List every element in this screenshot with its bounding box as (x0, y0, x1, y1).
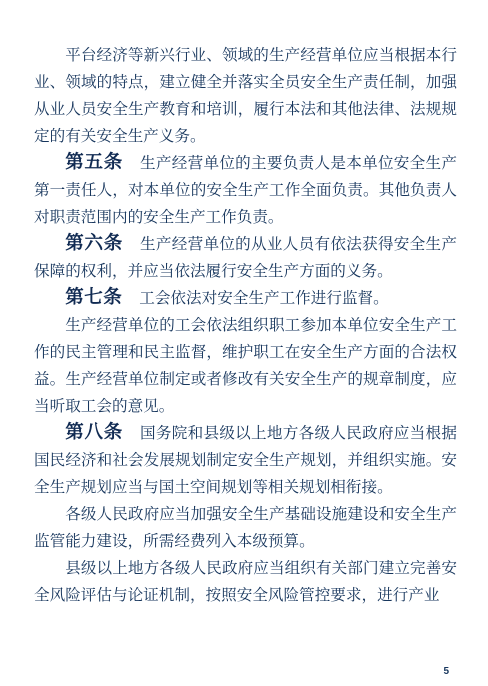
paragraph: 平台经济等新兴行业、领域的生产经营单位应当根据本行业、领域的特点，建立健全并落实… (34, 42, 457, 150)
article-number: 第七条 (65, 288, 122, 308)
paragraph-text: 各级人民政府应当加强安全生产基础设施建设和安全生产监管能力建设，所需经费列入本级… (34, 506, 457, 550)
text-block: 平台经济等新兴行业、领域的生产经营单位应当根据本行业、领域的特点，建立健全并落实… (34, 42, 457, 609)
article-number: 第六条 (65, 234, 123, 254)
paragraph-text: 工会依法对安全生产工作进行监督。 (139, 290, 389, 307)
paragraph: 第五条生产经营单位的主要负责人是本单位安全生产第一责任人，对本单位的安全生产工作… (34, 150, 457, 231)
document-page: 平台经济等新兴行业、领域的生产经营单位应当根据本行业、领域的特点，建立健全并落实… (0, 0, 488, 686)
paragraph: 第八条国务院和县级以上地方各级人民政府应当根据国民经济和社会发展规划制定安全生产… (34, 420, 457, 501)
page-number: 5 (443, 666, 449, 677)
paragraph-text: 平台经济等新兴行业、领域的生产经营单位应当根据本行业、领域的特点，建立健全并落实… (34, 47, 457, 145)
paragraph: 县级以上地方各级人民政府应当组织有关部门建立完善安全风险评估与论证机制，按照安全… (34, 555, 457, 609)
paragraph-text: 县级以上地方各级人民政府应当组织有关部门建立完善安全风险评估与论证机制，按照安全… (34, 560, 457, 604)
paragraph: 各级人民政府应当加强安全生产基础设施建设和安全生产监管能力建设，所需经费列入本级… (34, 501, 457, 555)
paragraph: 生产经营单位的工会依法组织职工参加本单位安全生产工作的民主管理和民主监督，维护职… (34, 312, 457, 420)
paragraph: 第六条生产经营单位的从业人员有依法获得安全生产保障的权利，并应当依法履行安全生产… (34, 231, 457, 285)
article-number: 第五条 (65, 153, 123, 173)
paragraph-text: 生产经营单位的工会依法组织职工参加本单位安全生产工作的民主管理和民主监督，维护职… (34, 317, 457, 415)
article-number: 第八条 (65, 423, 123, 443)
paragraph: 第七条工会依法对安全生产工作进行监督。 (34, 285, 457, 312)
